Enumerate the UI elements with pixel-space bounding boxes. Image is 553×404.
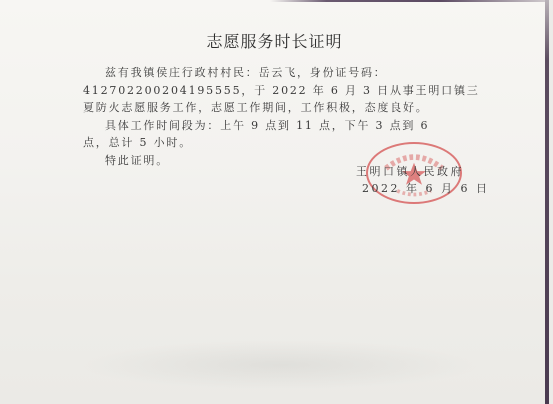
paper-top-edge-shadow (270, 0, 549, 2)
issue-date: 2022 年 6 月 6 日 (362, 180, 489, 196)
issuer-name: 王明口镇人民政府 (356, 163, 464, 179)
paragraph-line-3: 夏防火志愿服务工作，志愿工作期间，工作积极，态度良好。 (83, 99, 488, 117)
paper-fold-shadow (80, 340, 480, 390)
paper-right-edge-shadow (545, 0, 549, 404)
paragraph-line-1: 兹有我镇侯庄行政村村民：岳云飞，身份证号码： (83, 64, 488, 82)
paragraph-line-4: 具体工作时间段为：上午 9 点到 11 点，下午 3 点到 6 (83, 117, 488, 135)
paragraph-line-2: 412702200204195555，于 2022 年 6 月 3 日从事王明口… (83, 82, 488, 100)
certificate-page: 志愿服务时长证明 兹有我镇侯庄行政村村民：岳云飞，身份证号码： 41270220… (0, 0, 549, 404)
document-title: 志愿服务时长证明 (0, 29, 549, 52)
